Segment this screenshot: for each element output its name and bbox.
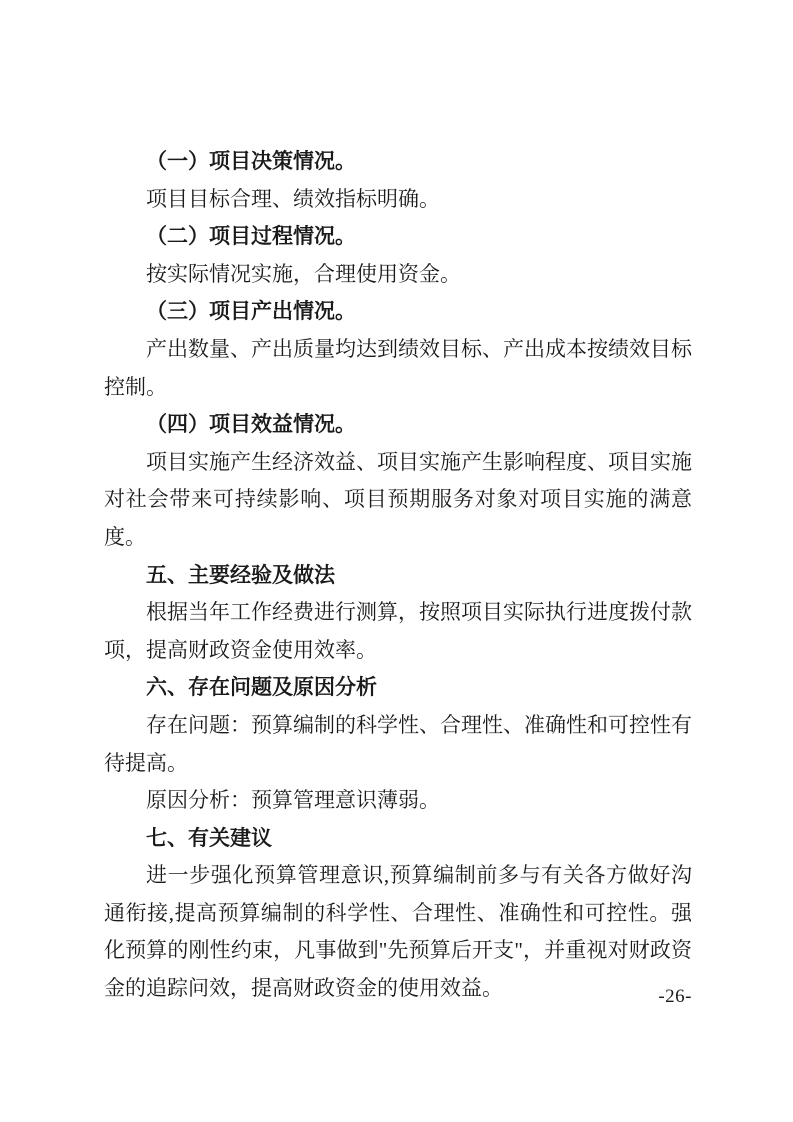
document-page: （一）项目决策情况。项目目标合理、绩效指标明确。（二）项目过程情况。按实际情况实… — [0, 0, 793, 1122]
section-heading: （四）项目效益情况。 — [104, 406, 692, 444]
paragraph: 按实际情况实施，合理使用资金。 — [104, 256, 692, 294]
paragraph: 存在问题：预算编制的科学性、合理性、准确性和可控性有待提高。 — [104, 707, 692, 782]
section-heading: （二）项目过程情况。 — [104, 218, 692, 256]
paragraph: 项目目标合理、绩效指标明确。 — [104, 181, 692, 219]
page-number: -26- — [658, 986, 692, 1008]
paragraph: 产出数量、产出质量均达到绩效目标、产出成本按绩效目标控制。 — [104, 331, 692, 406]
section-heading: 七、有关建议 — [104, 820, 692, 858]
document-body: （一）项目决策情况。项目目标合理、绩效指标明确。（二）项目过程情况。按实际情况实… — [104, 143, 692, 1008]
section-heading: （一）项目决策情况。 — [104, 143, 692, 181]
paragraph: 原因分析：预算管理意识薄弱。 — [104, 782, 692, 820]
section-heading: 五、主要经验及做法 — [104, 557, 692, 595]
paragraph: 进一步强化预算管理意识,预算编制前多与有关各方做好沟通衔接,提高预算编制的科学性… — [104, 857, 692, 1007]
section-heading: （三）项目产出情况。 — [104, 293, 692, 331]
paragraph: 根据当年工作经费进行测算，按照项目实际执行进度拨付款项，提高财政资金使用效率。 — [104, 594, 692, 669]
paragraph: 项目实施产生经济效益、项目实施产生影响程度、项目实施对社会带来可持续影响、项目预… — [104, 444, 692, 557]
section-heading: 六、存在问题及原因分析 — [104, 669, 692, 707]
